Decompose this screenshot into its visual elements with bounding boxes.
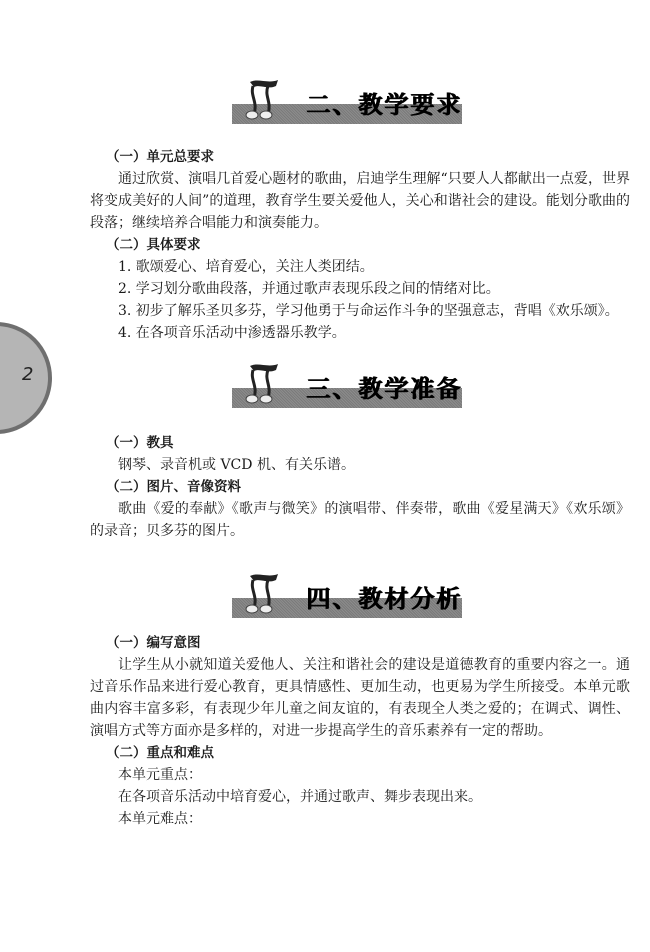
section-heading-teaching-requirements: 二、教学要求 bbox=[232, 78, 462, 124]
list-item: 3. 初步了解乐圣贝多芬，学习他勇于与命运作斗争的坚强意志，背唱《欢乐颂》。 bbox=[90, 300, 630, 322]
section-body-teaching-requirements: （一）单元总要求 通过欣赏、演唱几首爱心题材的歌曲，启迪学生理解“只要人人都献出… bbox=[90, 146, 630, 344]
section-body-material-analysis: （一）编写意图 让学生从小就知道关爱他人、关注和谐社会的建设是道德教育的重要内容… bbox=[90, 632, 630, 830]
page-number: 2 bbox=[22, 364, 33, 385]
list-item: 本单元难点： bbox=[90, 808, 630, 830]
section-title: 四、教材分析 bbox=[306, 579, 462, 614]
section-title: 二、教学要求 bbox=[306, 85, 462, 120]
section-heading-teaching-preparation: 三、教学准备 bbox=[232, 362, 462, 408]
music-note-icon bbox=[244, 362, 280, 406]
music-note-icon bbox=[244, 572, 280, 616]
paragraph: 通过欣赏、演唱几首爱心题材的歌曲，启迪学生理解“只要人人都献出一点爱，世界将变成… bbox=[90, 168, 630, 234]
list-item: 本单元重点： bbox=[90, 764, 630, 786]
subsection-heading: （一）单元总要求 bbox=[90, 146, 630, 168]
subsection-heading: （一）编写意图 bbox=[90, 632, 630, 654]
section-body-teaching-preparation: （一）教具 钢琴、录音机或 VCD 机、有关乐谱。 （二）图片、音像资料 歌曲《… bbox=[90, 432, 630, 542]
section-heading-material-analysis: 四、教材分析 bbox=[232, 572, 462, 618]
music-note-icon bbox=[244, 78, 280, 122]
list-item: 在各项音乐活动中培育爱心，并通过歌声、舞步表现出来。 bbox=[90, 786, 630, 808]
paragraph: 让学生从小就知道关爱他人、关注和谐社会的建设是道德教育的重要内容之一。通过音乐作… bbox=[90, 654, 630, 742]
list-item: 4. 在各项音乐活动中渗透器乐教学。 bbox=[90, 322, 630, 344]
subsection-heading: （二）重点和难点 bbox=[90, 742, 630, 764]
subsection-heading: （二）具体要求 bbox=[90, 234, 630, 256]
subsection-heading: （一）教具 bbox=[90, 432, 630, 454]
list-item: 2. 学习划分歌曲段落，并通过歌声表现乐段之间的情绪对比。 bbox=[90, 278, 630, 300]
list-item: 钢琴、录音机或 VCD 机、有关乐谱。 bbox=[90, 454, 630, 476]
section-title: 三、教学准备 bbox=[306, 369, 462, 404]
subsection-heading: （二）图片、音像资料 bbox=[90, 476, 630, 498]
paragraph: 歌曲《爱的奉献》《歌声与微笑》的演唱带、伴奏带，歌曲《爱星满天》《欢乐颂》的录音… bbox=[90, 498, 630, 542]
list-item: 1. 歌颂爱心、培育爱心，关注人类团结。 bbox=[90, 256, 630, 278]
